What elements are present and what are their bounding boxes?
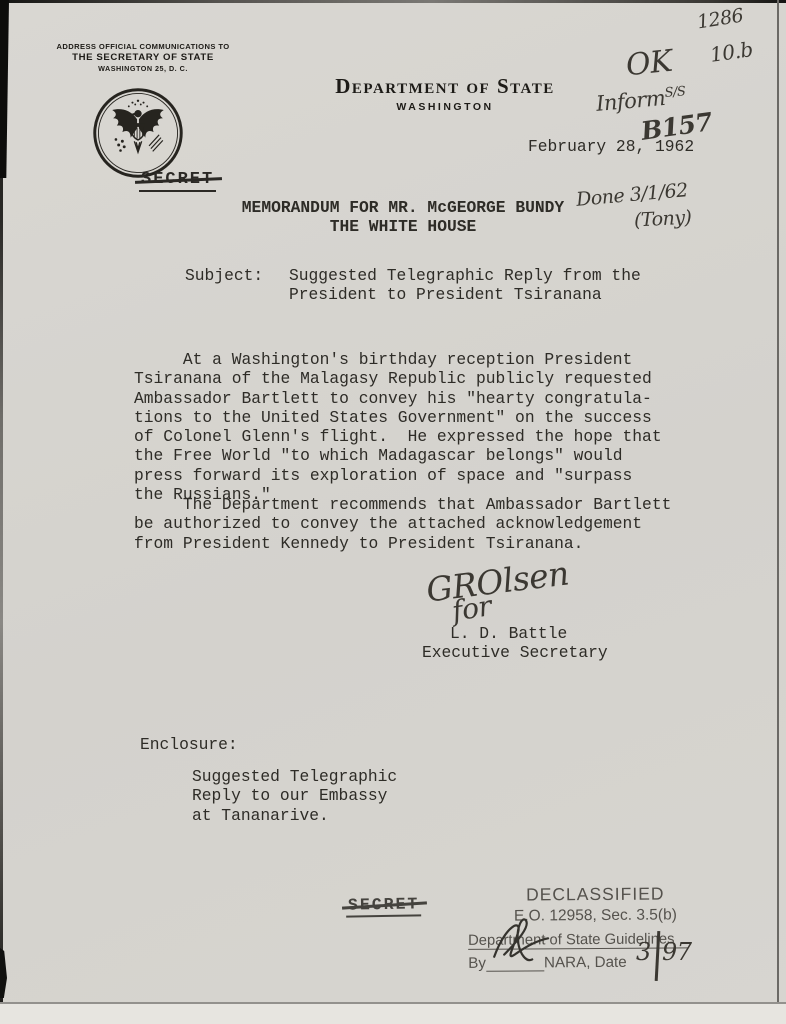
letterhead-title-block: Department of State WASHINGTON <box>290 74 600 113</box>
signer-name: L. D. Battle <box>450 624 567 643</box>
secret-stamp-bottom: SECRET <box>346 894 422 917</box>
scan-edge-left-black <box>0 0 9 178</box>
scan-edge-left-bottom <box>0 948 7 998</box>
scan-page-bottom-edge <box>0 1002 786 1024</box>
nara-label: NARA, Date <box>544 954 627 972</box>
subject-text: Suggested Telegraphic Reply from the Pre… <box>289 266 641 305</box>
enclosure-label: Enclosure: <box>140 735 238 754</box>
by-label: By <box>468 955 486 972</box>
document-page: ADDRESS OFFICIAL COMMUNICATIONS TO THE S… <box>0 0 786 1024</box>
scan-edge-top <box>0 0 786 3</box>
enclosure-text: Suggested Telegraphic Reply to our Embas… <box>192 767 397 825</box>
handwritten-tab-note: 10.b <box>709 37 755 67</box>
scan-edge-right <box>777 0 779 1003</box>
reviewer-signature-scrawl <box>488 912 552 973</box>
date-line: February 28, 1962 <box>528 137 694 156</box>
address-line-3: WASHINGTON 25, D. C. <box>52 63 234 74</box>
letterhead-address-block: ADDRESS OFFICIAL COMMUNICATIONS TO THE S… <box>52 41 234 74</box>
handwritten-tony-note: (Tony) <box>633 207 692 232</box>
body-paragraph-2: The Department recommends that Ambassado… <box>134 495 671 553</box>
address-line-2: THE SECRETARY OF STATE <box>52 52 234 63</box>
department-title: Department of State <box>290 74 600 99</box>
handwritten-inform-note: InformS/S <box>595 84 687 116</box>
subject-label: Subject: <box>185 266 263 285</box>
inform-word: Inform <box>595 86 666 116</box>
declassified-line: DECLASSIFIED <box>468 883 723 906</box>
department-city: WASHINGTON <box>290 101 600 113</box>
inform-sup: S/S <box>664 84 686 101</box>
handwritten-ok-note: OK <box>624 44 673 84</box>
secret-stamp-top: SECRET <box>139 170 216 192</box>
body-paragraph-1: At a Washington's birthday reception Pre… <box>134 350 662 504</box>
handwritten-date-year: 97 <box>662 938 692 966</box>
handwritten-signature: GROlsen <box>424 553 571 609</box>
handwritten-date-month: 3 <box>636 938 651 966</box>
handwritten-page-number: 1286 <box>696 5 745 34</box>
signer-title: Executive Secretary <box>422 643 608 662</box>
handwritten-for-note: for <box>450 589 494 628</box>
address-line-1: ADDRESS OFFICIAL COMMUNICATIONS TO <box>52 41 234 52</box>
